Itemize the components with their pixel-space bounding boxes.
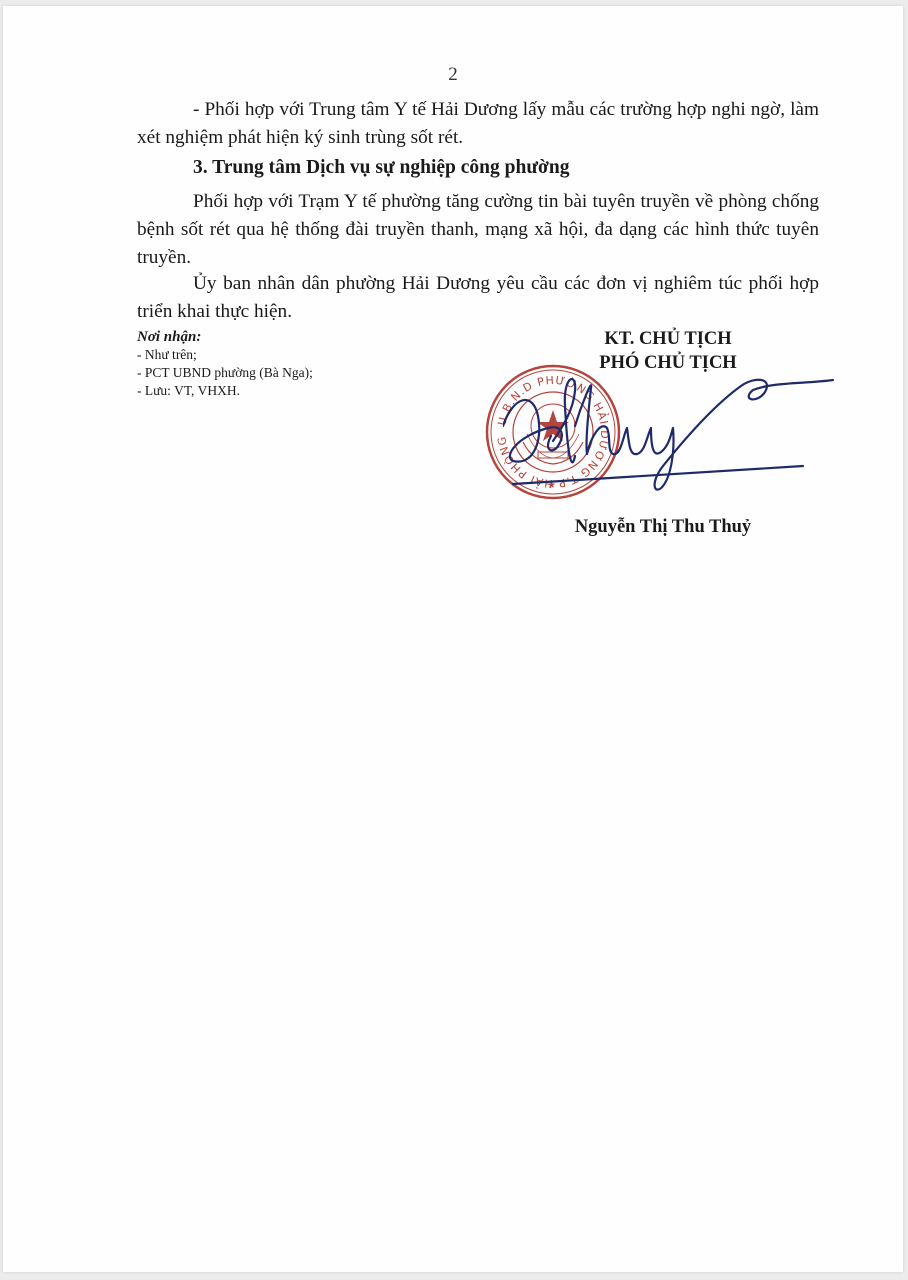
section-3-heading: 3. Trung tâm Dịch vụ sự nghiệp công phườ… xyxy=(193,157,569,179)
recipient-item: - Lưu: VT, VHXH. xyxy=(137,382,313,400)
signer-name: Nguyễn Thị Thu Thuỷ xyxy=(538,517,788,538)
recipient-item: - PCT UBND phường (Bà Nga); xyxy=(137,364,313,382)
page-number: 2 xyxy=(3,64,903,86)
paragraph-sampling: - Phối hợp với Trung tâm Y tế Hải Dương … xyxy=(137,96,819,152)
recipients-title: Nơi nhận: xyxy=(137,328,313,346)
signature-icon xyxy=(503,366,843,506)
signature-title-line-1: KT. CHỦ TỊCH xyxy=(543,327,793,351)
recipients-block: Nơi nhận: - Như trên; - PCT UBND phường … xyxy=(137,328,313,400)
paragraph-propaganda: Phối hợp với Trạm Y tế phường tăng cường… xyxy=(137,188,819,272)
document-page: 2 - Phối hợp với Trung tâm Y tế Hải Dươn… xyxy=(3,6,903,1272)
recipient-item: - Như trên; xyxy=(137,346,313,364)
paragraph-request: Ủy ban nhân dân phường Hải Dương yêu cầu… xyxy=(137,270,819,326)
